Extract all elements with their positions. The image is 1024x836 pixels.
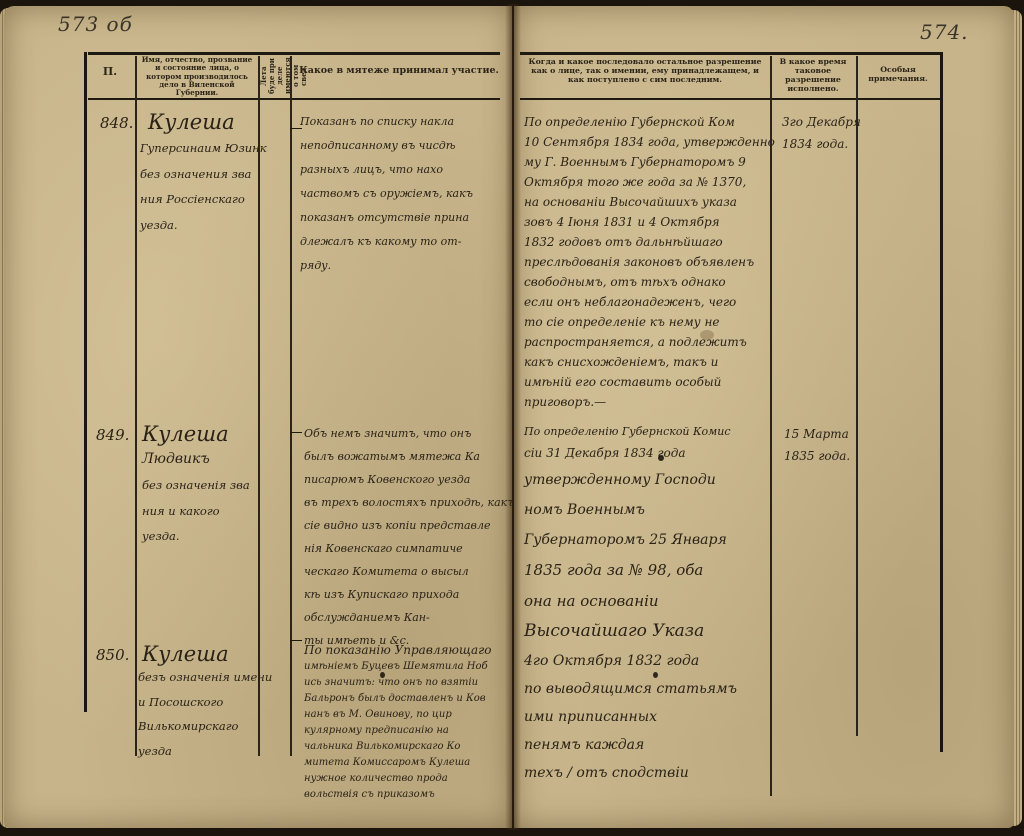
left-col-divider-1 <box>135 56 137 756</box>
entry-executed-date: 3го Декабря 1834 года. <box>782 116 861 150</box>
entry-person-description: Гуперсинаим Юзинк без означения зва ния … <box>140 143 267 231</box>
paper-stain <box>700 330 714 340</box>
entry-number: 849. <box>96 428 129 443</box>
right-header-bottom-rule <box>520 98 942 100</box>
folio-number-left: 573 об <box>58 12 133 36</box>
header-col-notes: Особыя примечания. <box>858 66 938 84</box>
entry-participation: Показанъ по списку накла неподписанному … <box>300 116 473 271</box>
header-col-number: П. <box>88 66 132 79</box>
left-outer-border <box>84 52 87 712</box>
entry-surname: Кулеша <box>148 112 235 133</box>
right-header-top-rule <box>520 52 942 55</box>
ink-blot <box>658 455 664 461</box>
entry-person-description: безъ означенія имени и Посошского Вилько… <box>138 672 272 757</box>
header-col-person: Имя, отчество, прозвание и состояние лиц… <box>138 56 256 97</box>
entry-resolution: По определенію Губернской Комис сіи 31 Д… <box>524 426 737 780</box>
left-col-divider-3 <box>290 56 292 756</box>
entry-participation: По показанію Управляющаго имѣніемъ Буцев… <box>304 644 491 800</box>
entry-person-description: Людвикъ без означенія зва ния и какого у… <box>142 452 250 543</box>
ink-blot <box>653 672 658 678</box>
book-gutter <box>505 4 521 830</box>
header-col-resolution: Когда и какое последовало остальное разр… <box>522 58 768 85</box>
entry-number: 848. <box>100 116 133 131</box>
entry-number: 850. <box>96 648 129 663</box>
entry-surname: Кулеша <box>142 424 229 445</box>
open-ledger-book: 573 об 574. П. Имя, отчество, прозвание … <box>0 0 1024 836</box>
left-tick <box>290 640 302 641</box>
header-col-participation: Какое в мятеже принимал участие. <box>294 66 504 77</box>
left-header-bottom-rule <box>88 98 500 100</box>
ink-blot <box>380 672 385 678</box>
entry-surname: Кулеша <box>142 644 229 665</box>
header-col-executed: В какое время таковое разрешение исполне… <box>772 58 854 94</box>
entry-executed-date: 15 Марта 1835 года. <box>784 428 850 462</box>
left-tick <box>290 432 302 433</box>
folio-number-right: 574. <box>920 20 969 44</box>
right-col-divider-2 <box>856 56 858 736</box>
header-col-age: Лета буде при деле имеются о том свед. <box>260 56 288 96</box>
right-outer-border <box>940 52 943 752</box>
entry-resolution: По определенію Губернской Ком 10 Сентябр… <box>524 116 775 408</box>
entry-participation: Объ немъ значитъ, что онъ былъ вожатымъ … <box>304 428 515 646</box>
